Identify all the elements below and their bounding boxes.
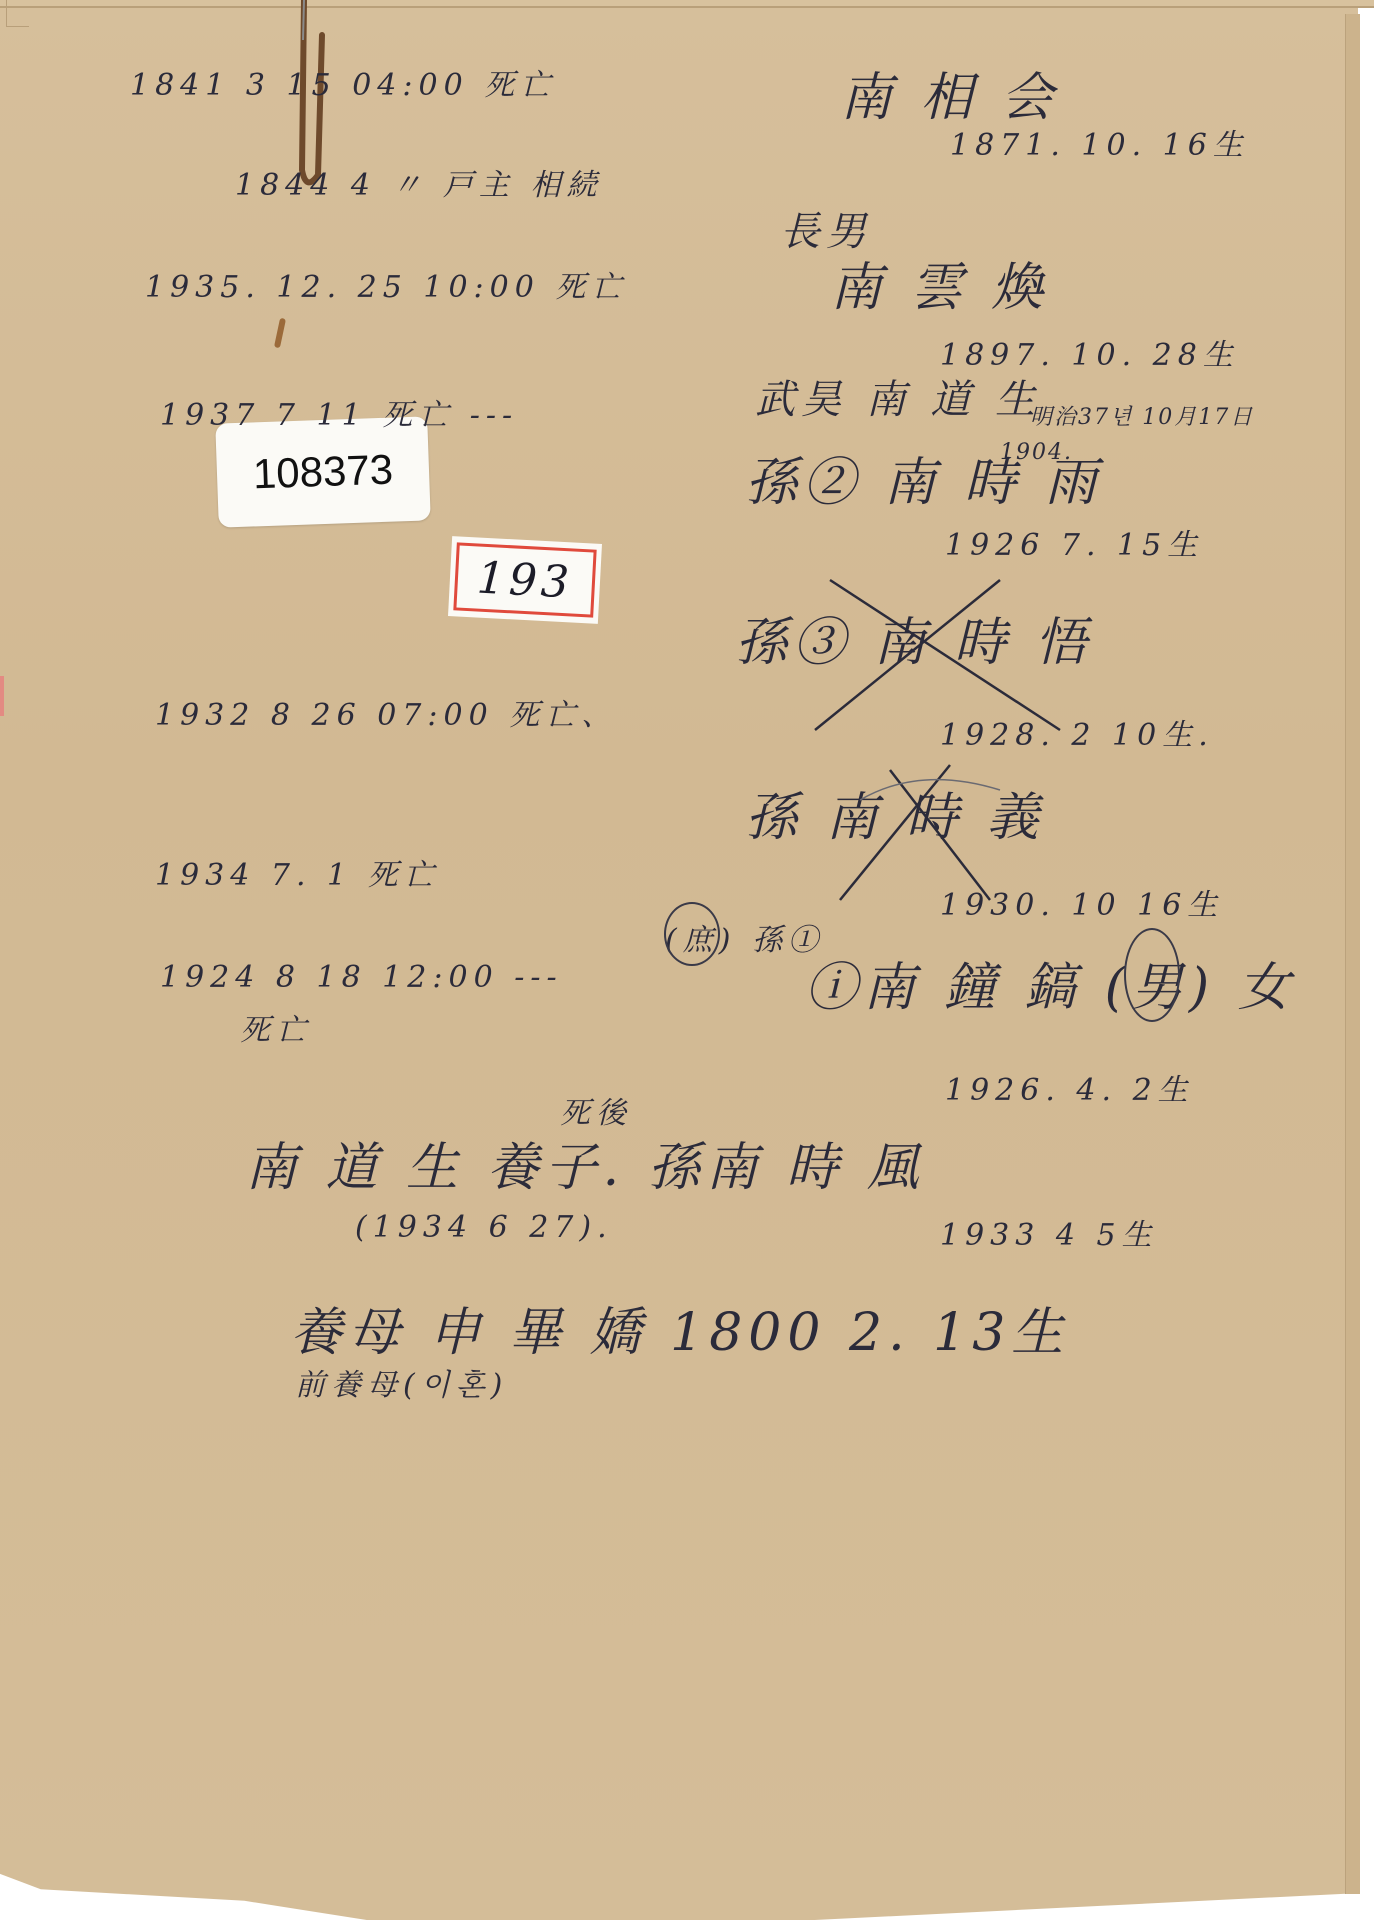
circle-mark — [1124, 928, 1180, 1022]
line-name: 武昊 南 道 生 — [755, 368, 1041, 425]
line-date: (1934 6 27). — [355, 1210, 613, 1245]
red-edge-mark — [0, 676, 4, 716]
archive-number: 108373 — [252, 446, 394, 499]
line-birth: 1871. 10. 16生 — [950, 120, 1249, 164]
line-birth: 1930. 10 16生 — [940, 880, 1223, 924]
line-name: 孫② 南 時 雨 — [745, 440, 1103, 515]
line-birth: 1928. 2 10生. — [940, 710, 1214, 754]
line-entry: 1841 3 15 04:00 死亡 — [130, 60, 556, 104]
line-entry: 1935. 12. 25 10:00 死亡 — [145, 262, 627, 306]
line-name: 南 雲 煥 — [830, 245, 1049, 320]
line-entry: 1932 8 26 07:00 死亡、 — [155, 690, 617, 734]
line-name-struck: 孫③ 南 時 悟 — [735, 600, 1093, 675]
line-entry: 1844 4 〃 戸主 相続 — [235, 160, 603, 204]
line-name: 南 相 会 — [840, 55, 1059, 130]
line-note: 前養母(이혼) — [295, 1360, 508, 1404]
corner-fold — [6, 0, 29, 27]
underlying-page-edge — [1345, 14, 1360, 1894]
line-name-struck: 孫 南 時 義 — [745, 775, 1045, 850]
line-birth: 1926. 4. 2生 — [945, 1065, 1194, 1109]
page-number: 193 — [476, 552, 575, 608]
line-name: 養母 申 畢 嬌 1800 2. 13生 — [290, 1290, 1069, 1365]
top-fold-edge — [0, 0, 1374, 8]
line-birth: 1933 4 5生 — [940, 1210, 1158, 1254]
line-note: 明治37년 10月17日 — [1030, 400, 1254, 431]
circle-mark — [664, 902, 720, 966]
line-birth: 1926 7. 15生 — [945, 520, 1203, 564]
line-entry: 1937 7 11 死亡 --- — [160, 390, 518, 434]
line-entry: 1934 7. 1 死亡 — [155, 850, 440, 894]
line-entry: 1924 8 18 12:00 --- — [160, 960, 563, 995]
page-number-label: 193 — [448, 536, 602, 624]
line-entry: 死亡 — [240, 1005, 312, 1049]
line-name: 南 道 生 養子. 孫南 時 風 — [245, 1125, 925, 1200]
line-name: ⓘ南 鐘 鎬 (男) 女 — [805, 945, 1296, 1020]
